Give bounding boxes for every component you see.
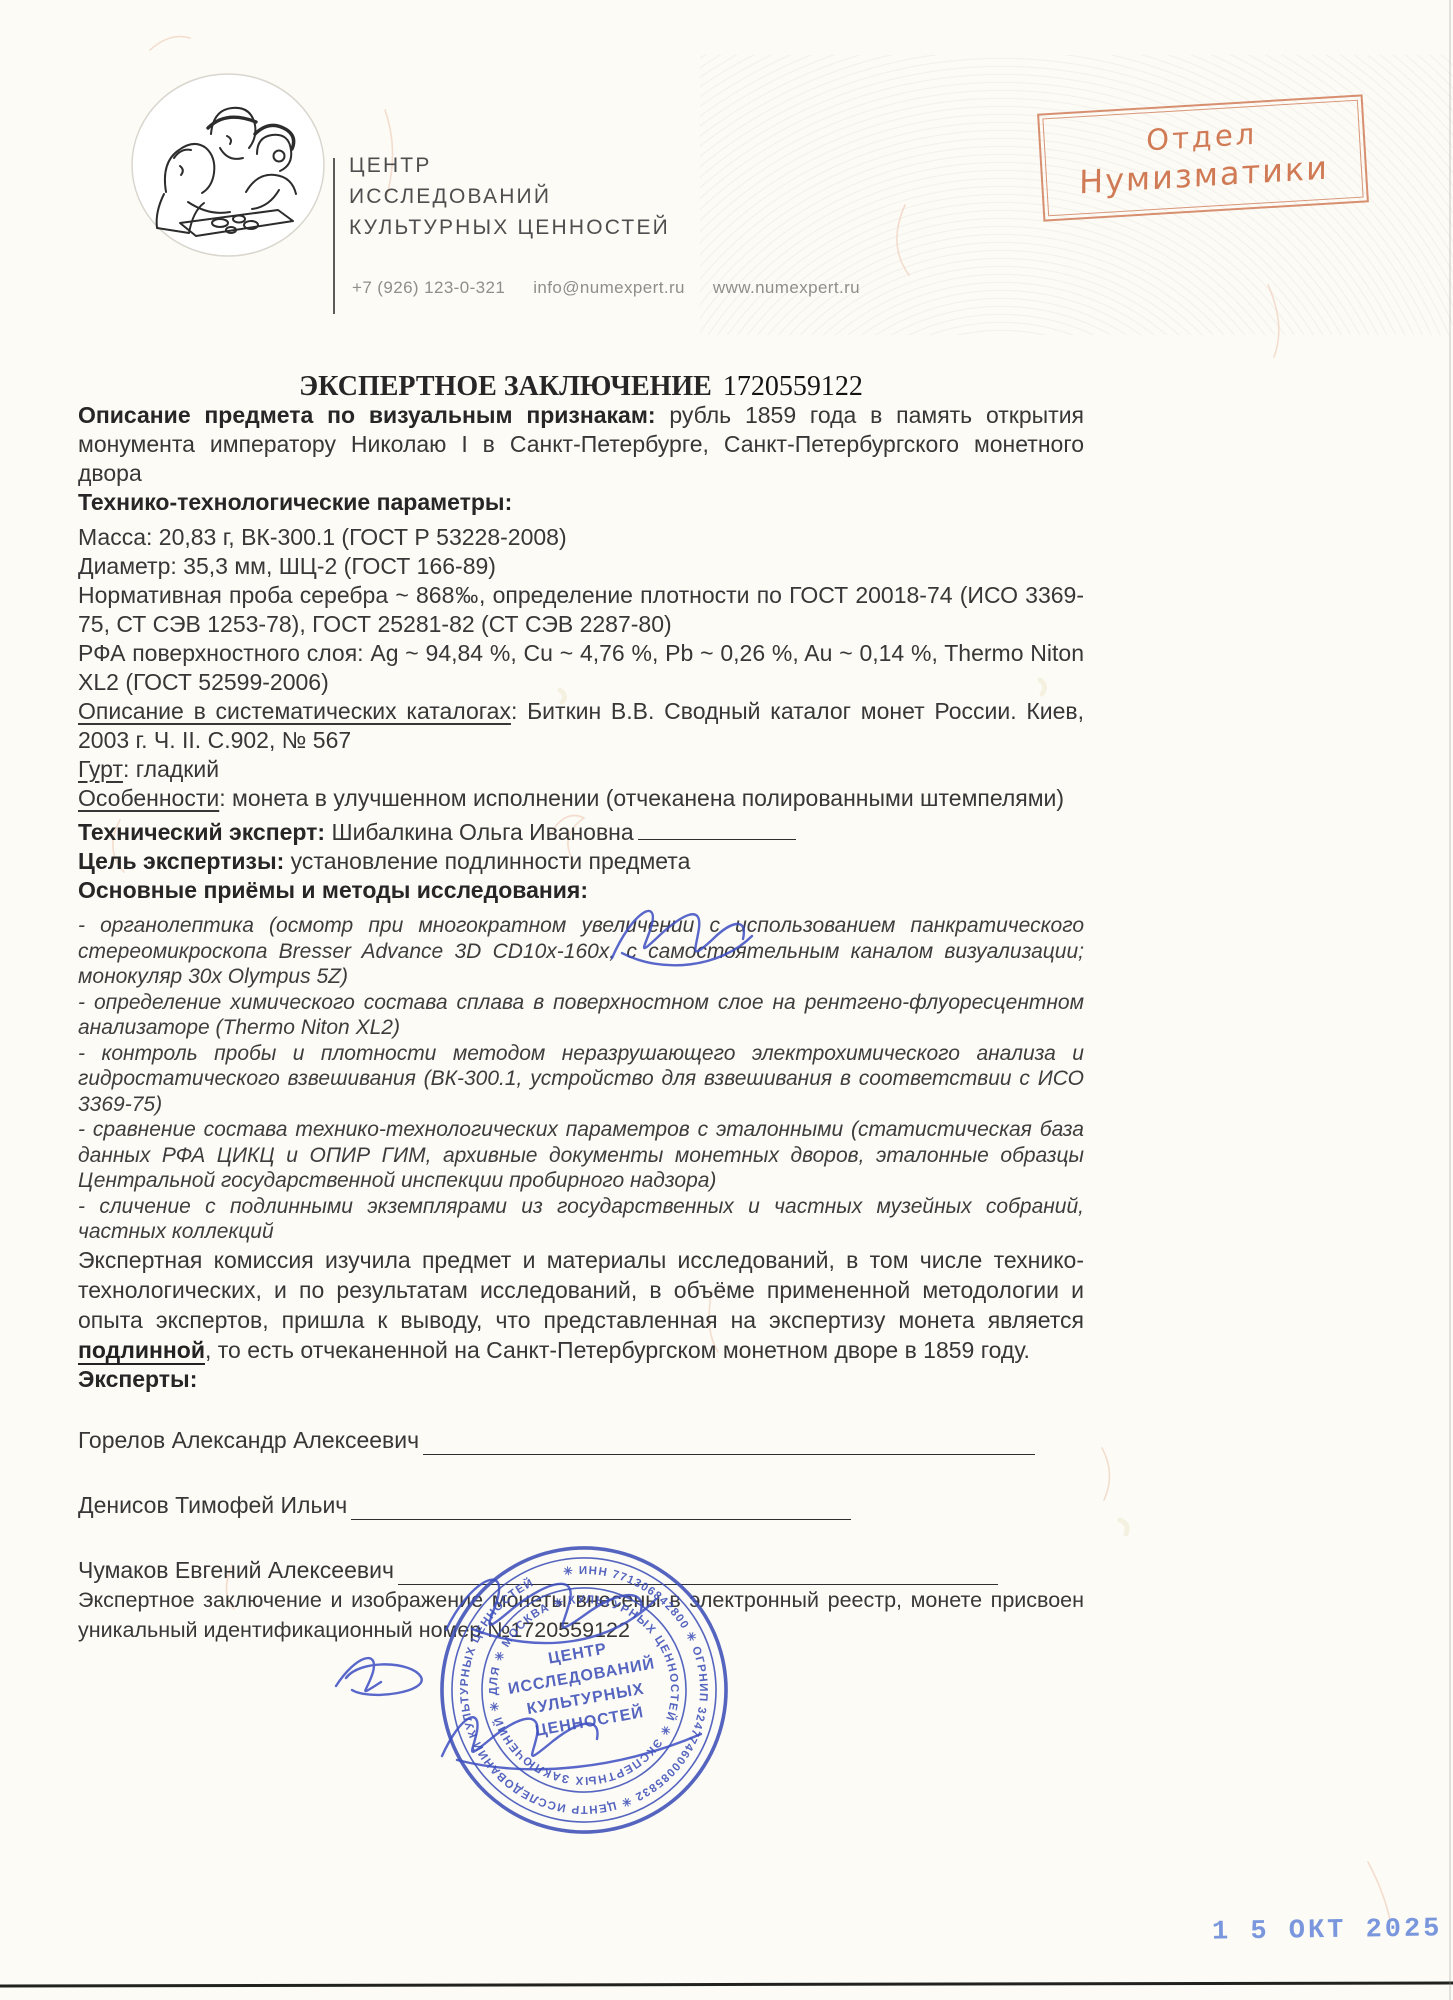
method-item: - контроль пробы и плотности методом нер… bbox=[78, 1041, 1084, 1118]
phone-number: +7 (926) 123-0-321 bbox=[352, 278, 505, 297]
param-xrf: РФА поверхностного слоя: Ag ~ 94,84 %, C… bbox=[78, 639, 1084, 697]
tech-params-heading: Технико-технологические параметры: bbox=[78, 488, 1084, 517]
org-name: ЦЕНТР ИССЛЕДОВАНИЙ КУЛЬТУРНЫХ ЦЕННОСТЕЙ bbox=[349, 150, 670, 243]
email-address: info@numexpert.ru bbox=[533, 278, 685, 297]
org-round-stamp: ✳ ИНН 771306842800 ✳ ОГРНИП 324774600085… bbox=[436, 1542, 732, 1838]
expert-name: Горелов Александр Алексеевич bbox=[78, 1426, 419, 1455]
expert-signature-line bbox=[423, 1428, 1035, 1455]
numismatics-department-stamp: Отдел Нумизматики bbox=[1037, 94, 1369, 221]
document-title: ЭКСПЕРТНОЕ ЗАКЛЮЧЕНИЕ1720559122 bbox=[78, 372, 1084, 401]
experts-heading: Эксперты: bbox=[78, 1365, 1084, 1394]
edge-line: Гурт: гладкий bbox=[78, 755, 1084, 784]
catalog-description: Описание в систематических каталогах: Би… bbox=[78, 697, 1084, 755]
purpose-line: Цель экспертизы: установление подлинност… bbox=[78, 847, 1084, 876]
contact-info: +7 (926) 123-0-321info@numexpert.ruwww.n… bbox=[352, 278, 888, 298]
expert-name: Чумаков Евгений Алексеевич bbox=[78, 1556, 394, 1585]
method-item: - сличение с подлинными экземплярами из … bbox=[78, 1194, 1084, 1245]
date-received-stamp: 1 5 ОКТ 2025 bbox=[1212, 1914, 1443, 1947]
website-url: www.numexpert.ru bbox=[713, 278, 860, 297]
expert-conclusion-document: ЦЕНТР ИССЛЕДОВАНИЙ КУЛЬТУРНЫХ ЦЕННОСТЕЙ … bbox=[0, 0, 1453, 2000]
org-logo bbox=[128, 70, 328, 260]
param-mass: Масса: 20,83 г, ВК-300.1 (ГОСТ Р 53228-2… bbox=[78, 523, 1084, 552]
technical-expert-line: Технический эксперт: Шибалкина Ольга Ива… bbox=[78, 813, 1084, 847]
tech-params-list: Масса: 20,83 г, ВК-300.1 (ГОСТ Р 53228-2… bbox=[78, 523, 1084, 697]
org-name-line3: КУЛЬТУРНЫХ ЦЕННОСТЕЙ bbox=[349, 212, 670, 243]
expert-row: Денисов Тимофей Ильич bbox=[78, 1491, 1084, 1520]
svg-text:КУЛЬТУРНЫХ ЦЕННОСТЕЙ ✳ ЭКСПЕРТ: КУЛЬТУРНЫХ ЦЕННОСТЕЙ ✳ ЭКСПЕРТНЫХ ЗАКЛЮЧ… bbox=[472, 1579, 695, 1802]
stamp-center-line1: ЦЕНТР bbox=[547, 1641, 608, 1668]
param-diameter: Диаметр: 35,3 мм, ШЦ-2 (ГОСТ 166-89) bbox=[78, 552, 1084, 581]
org-name-line2: ИССЛЕДОВАНИЙ bbox=[349, 181, 670, 212]
title-label: ЭКСПЕРТНОЕ ЗАКЛЮЧЕНИЕ bbox=[299, 371, 712, 402]
expert-name: Денисов Тимофей Ильич bbox=[78, 1491, 347, 1520]
document-body: ЭКСПЕРТНОЕ ЗАКЛЮЧЕНИЕ1720559122 Описание… bbox=[78, 360, 1084, 1645]
authentic-highlight: подлинной bbox=[78, 1337, 205, 1363]
stamp-ring-inner-text: КУЛЬТУРНЫХ ЦЕННОСТЕЙ ✳ ЭКСПЕРТНЫХ ЗАКЛЮЧ… bbox=[472, 1579, 695, 1802]
signature-denisov bbox=[336, 1658, 422, 1695]
scan-edge-line bbox=[0, 1981, 1453, 1987]
technical-expert-signature-line bbox=[638, 813, 796, 840]
methods-heading: Основные приёмы и методы исследования: bbox=[78, 876, 1084, 905]
method-item: - органолептика (осмотр при многократном… bbox=[78, 913, 1084, 990]
method-item: - сравнение состава технико-технологичес… bbox=[78, 1117, 1084, 1194]
org-name-line1: ЦЕНТР bbox=[349, 150, 670, 181]
header-divider bbox=[333, 158, 335, 314]
method-item: - определение химического состава сплава… bbox=[78, 990, 1084, 1041]
methods-list: - органолептика (осмотр при многократном… bbox=[78, 913, 1084, 1245]
features-line: Особенности: монета в улучшенном исполне… bbox=[78, 784, 1084, 813]
numismatists-engraving-icon bbox=[128, 70, 328, 260]
title-number: 1720559122 bbox=[723, 371, 863, 402]
scan-right-edge bbox=[1449, 0, 1451, 2000]
expert-signature-line bbox=[351, 1493, 851, 1520]
visual-description-paragraph: Описание предмета по визуальным признака… bbox=[78, 401, 1084, 488]
conclusion-paragraph: Экспертная комиссия изучила предмет и ма… bbox=[78, 1245, 1084, 1365]
param-assay: Нормативная проба серебра ~ 868‰, опреде… bbox=[78, 581, 1084, 639]
expert-row: Горелов Александр Алексеевич bbox=[78, 1426, 1084, 1455]
